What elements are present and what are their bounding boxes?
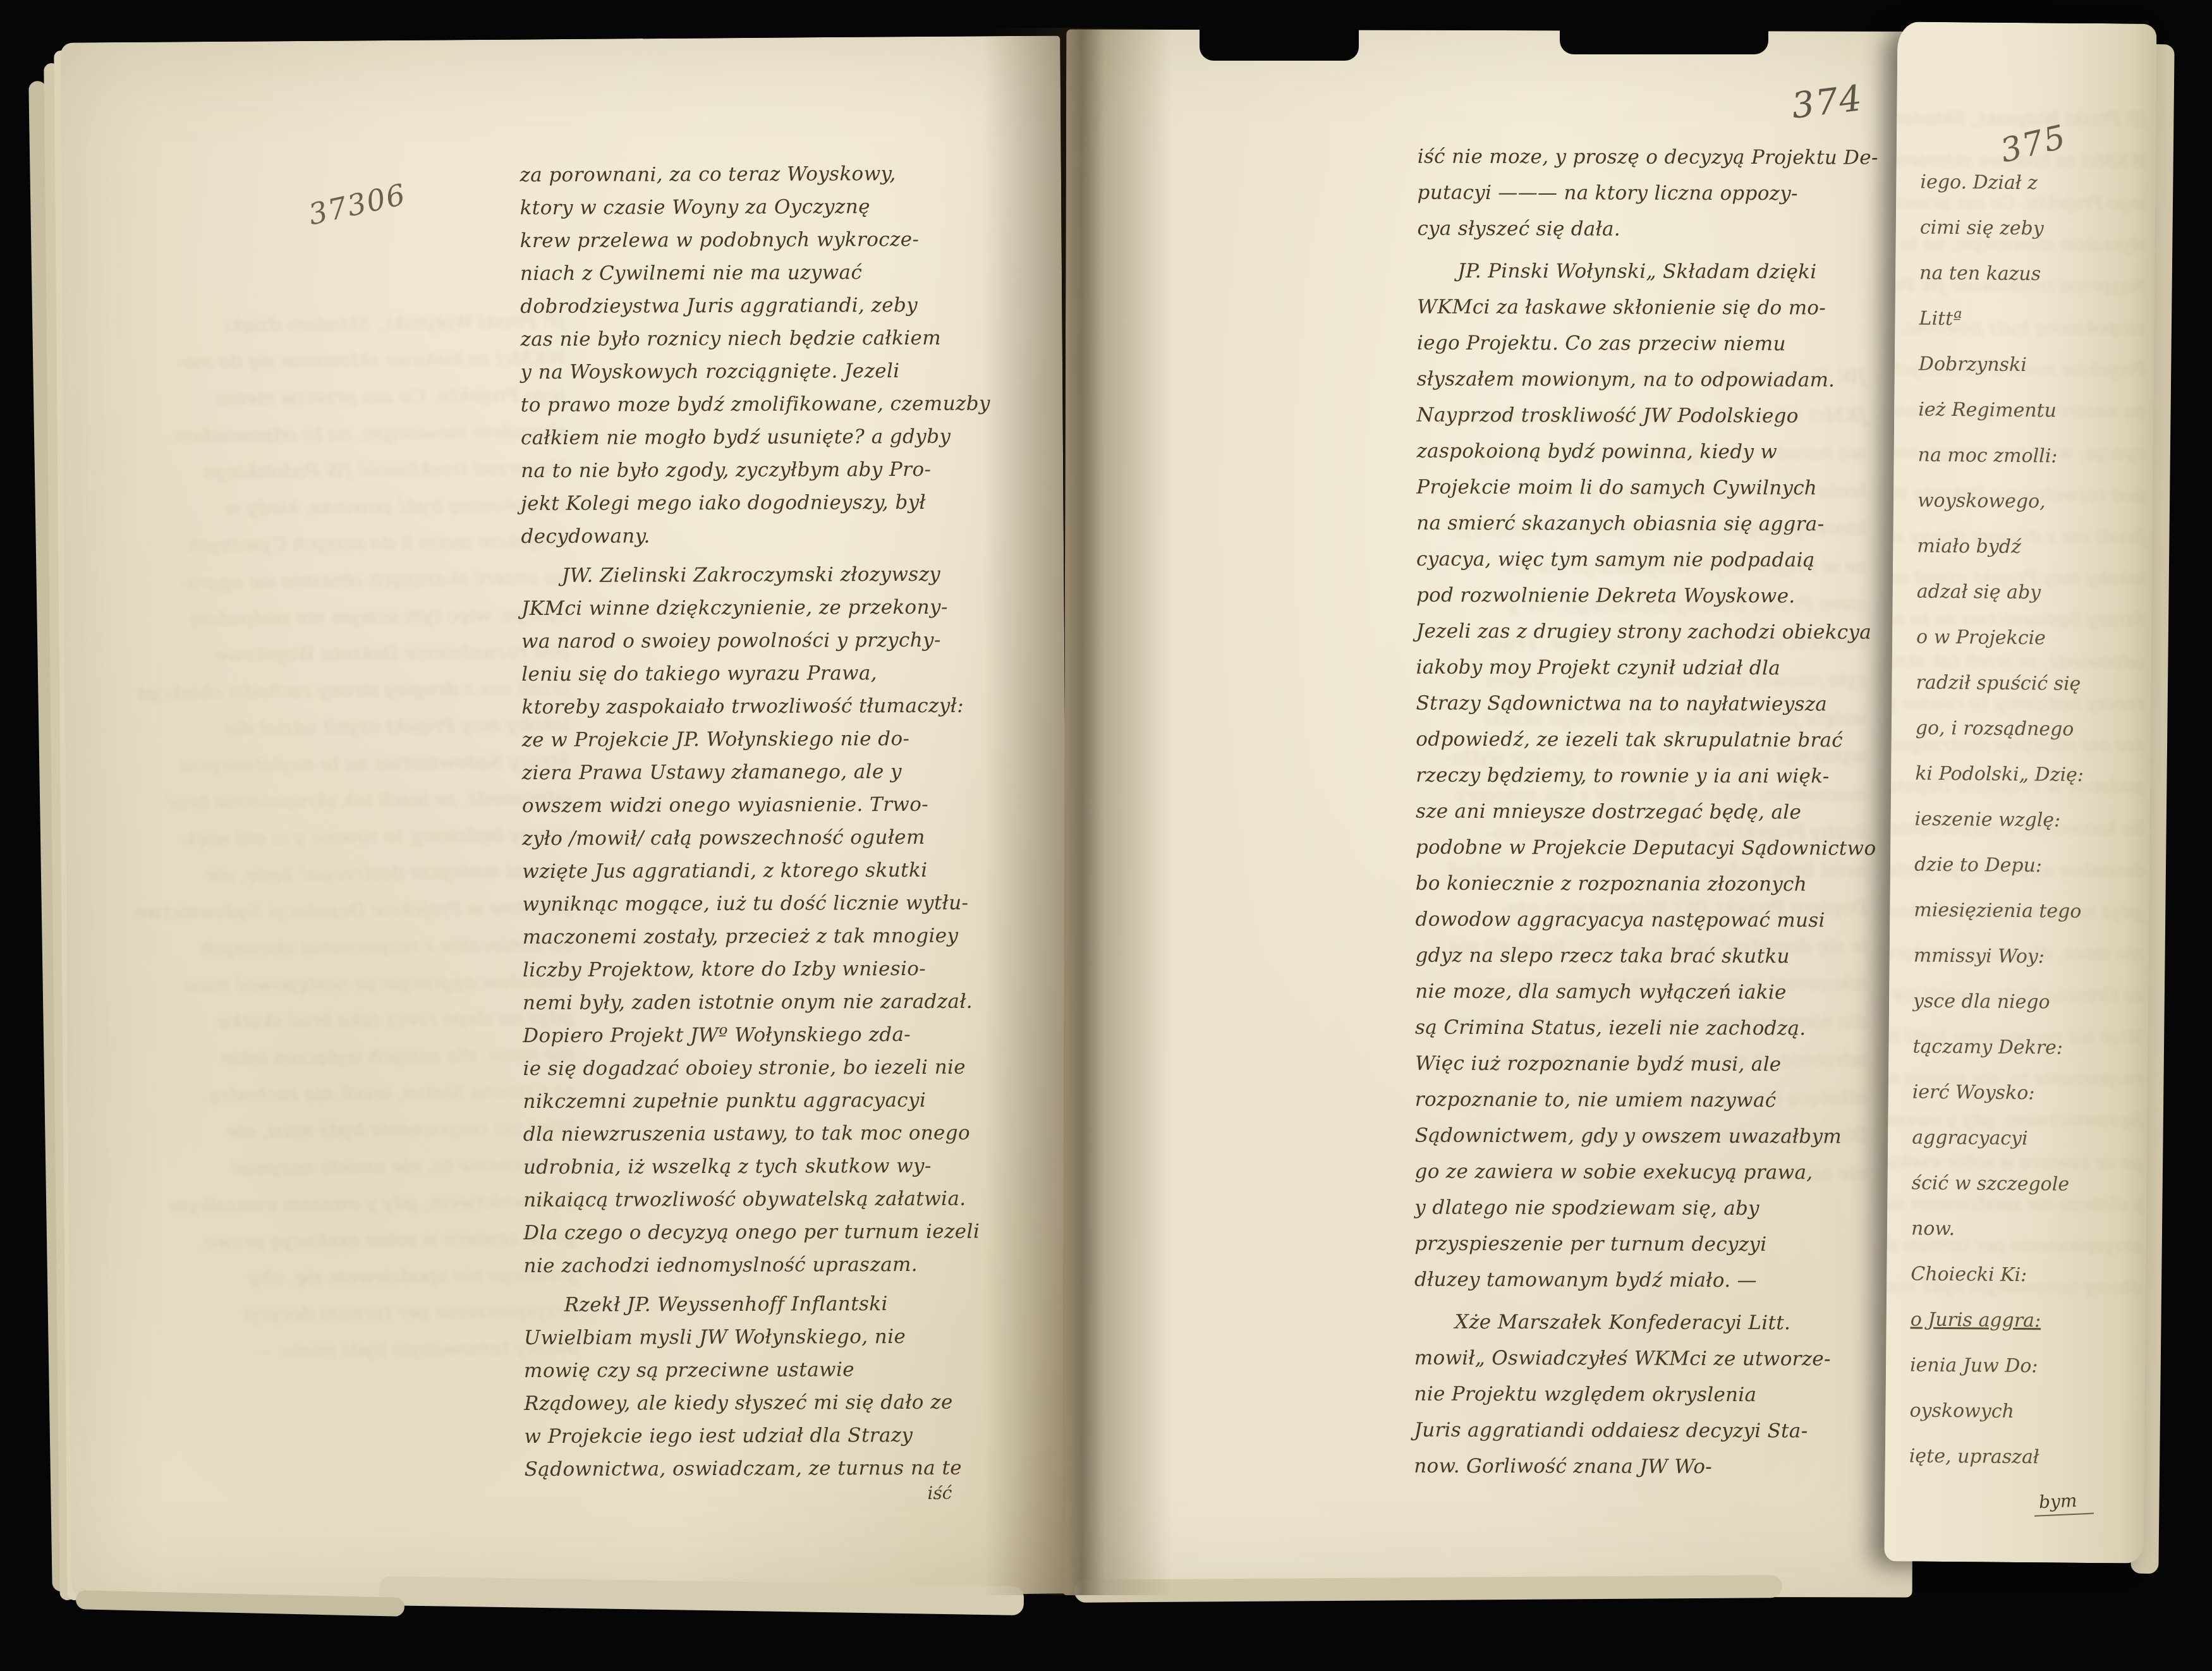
archival-foliation-number: 37306 xyxy=(305,177,409,231)
handwritten-line: JW. Zielinski Zakroczymski złozywszy xyxy=(521,557,1021,592)
handwritten-line: niach z Cywilnemi nie ma uzywać xyxy=(520,255,1019,290)
handwritten-line: nemi były, zaden istotnie onym nie zarad… xyxy=(523,985,1022,1019)
handwritten-line: pod rozwolnienie Dekreta Woyskowe. xyxy=(88,633,569,676)
paragraph: JW. Zielinski Zakroczymski złozywszyJKMc… xyxy=(521,557,1023,1282)
handwritten-line: JKMci winne dziękczynienie, ze przekony- xyxy=(521,590,1021,625)
handwritten-line: iść nie moze, y proszę o decyzyą Projekt… xyxy=(1418,139,1917,176)
handwritten-line: Dopiero Projekt JWº Wołynskiego zda- xyxy=(523,1018,1022,1052)
handwritten-line: dłuzey tamowanym bydź miało. — xyxy=(1414,1262,1916,1299)
handwritten-line: Więc iuż rozpoznanie bydź musi, ale xyxy=(95,1110,576,1152)
handwritten-line: w Projekcie iego iest udział dla Strazy xyxy=(524,1418,1023,1453)
handwritten-line: wa narod o swoiey powolności y przychy- xyxy=(521,623,1021,658)
handwritten-line: tączamy Dekre: xyxy=(1912,1024,2141,1072)
handwritten-line: krew przelewa w podobnych wykrocze- xyxy=(520,222,1019,257)
handwritten-line: ysce dla niego xyxy=(1913,979,2141,1026)
handwritten-line: oyskowych xyxy=(1909,1388,2137,1436)
handwritten-line: ktoreby zaspokaiało trwozliwość tłumaczy… xyxy=(521,689,1021,724)
handwritten-line: Dobrzynski xyxy=(1919,342,2147,389)
handwritten-line: iakoby moy Projekt czynił udział dla xyxy=(1416,650,1917,687)
handwritten-line: Uwielbiam mysli JW Wołynskiego, nie xyxy=(524,1320,1023,1354)
handwritten-line: WKMci za łaskawe skłonienie się do mo- xyxy=(85,340,566,382)
handwritten-line: now. Gorliwość znana JW Wo- xyxy=(1414,1449,1916,1486)
handwritten-line: cimi się zeby xyxy=(1919,205,2148,253)
handwritten-line: Sądownictwem, gdy y owszem uwazałbym xyxy=(1415,1118,1917,1155)
handwritten-line: bo koniecznie z rozpoznania złozonych xyxy=(1416,866,1917,903)
handwritten-line: za porownani, za co teraz Woyskowy, xyxy=(520,157,1019,191)
handwritten-line: Strazy Sądownictwa na to nayłatwieysza xyxy=(1416,686,1916,723)
handwritten-line: zyło /mowił/ całą powszechność ogułem xyxy=(522,820,1021,855)
handwritten-line: ięte, upraszał xyxy=(1909,1434,2137,1481)
next-leaf-text-fragments: iego. Dział zcimi się zebyna ten kazusLi… xyxy=(1909,160,2148,1481)
handwritten-line: go, i rozsądnego xyxy=(1916,706,2144,753)
handwritten-line: ścić w szczegole xyxy=(1911,1161,2139,1208)
handwritten-line: now. xyxy=(1911,1206,2139,1254)
handwritten-line: rozpoznanie to, nie umiem nazywać xyxy=(95,1146,576,1189)
right-page: JW. Zielinski Zakroczymski złozywszyJKMc… xyxy=(1062,29,1916,1598)
handwritten-line: miało bydź xyxy=(1917,524,2145,571)
handwritten-line: dzie to Depu: xyxy=(1914,842,2142,890)
handwritten-line: liczby Projektow, ktore do Izby wniesio- xyxy=(523,952,1022,987)
handwritten-line: putacyi ——— na ktory liczna oppozy- xyxy=(1417,175,1916,212)
handwritten-line: y dlatego nie spodziewam się, aby xyxy=(96,1256,577,1299)
handwritten-line: zaspokoioną bydź powinna, kiedy w xyxy=(1416,434,1916,471)
handwritten-line: ieszenie wzglę: xyxy=(1914,797,2142,844)
handwritten-line: bo koniecznie z rozpoznania złozonych xyxy=(92,927,573,969)
handwritten-line: dowodow aggracyacya następować musi xyxy=(1415,902,1916,939)
handwritten-line: mowię czy są przeciwne ustawie xyxy=(524,1352,1023,1387)
handwritten-line: rzeczy będziemy, to rownie y ia ani więk… xyxy=(1416,758,1916,795)
handwritten-line: na ten kazus xyxy=(1919,251,2148,298)
handwritten-line: jekt Kolegi mego iako dogodnieyszy, był xyxy=(521,485,1020,520)
handwritten-line: sze ani mnieysze dostrzegać będę, ale xyxy=(92,853,573,896)
background-gap xyxy=(1200,0,1359,61)
handwritten-line: na moc zmolli: xyxy=(1917,433,2146,480)
handwritten-line: nie moze, dla samych wyłączeń iakie xyxy=(1415,974,1916,1011)
handwritten-line: WKMci za łaskawe skłonienie się do mo- xyxy=(1417,289,1916,327)
handwritten-line: Nayprzod troskliwość JW Podolskiego xyxy=(1417,398,1917,435)
handwritten-line: nikczemni zupełnie punktu aggracyacyi xyxy=(523,1083,1022,1118)
handwritten-line: Rządowey, ale kiedy słyszeć mi się dało … xyxy=(524,1385,1023,1420)
handwritten-line: iakoby moy Projekt czynił udział dla xyxy=(90,707,571,749)
next-leaf-page: JP. Pinski Wołynski„ Składam dziękiWKMci… xyxy=(1884,21,2156,1563)
handwritten-line: Strazy Sądownictwa na to nayłatwieysza xyxy=(90,743,571,786)
handwritten-line: sze ani mnieysze dostrzegać będę, ale xyxy=(1416,794,1916,831)
left-page: JP. Pinski Wołynski„ Składam dziękiWKMci… xyxy=(60,36,1071,1601)
handwritten-line: Sądownictwa, oswiadczam, ze turnus na te xyxy=(525,1451,1024,1486)
handwritten-line: zaspokoioną bydź powinna, kiedy w xyxy=(87,487,568,529)
handwritten-line: go ze zawiera w sobie exekucyą prawa, xyxy=(96,1220,577,1262)
paragraph: iść nie moze, y proszę o decyzyą Projekt… xyxy=(1417,139,1916,248)
handwritten-line: ktory w czasie Woyny za Oyczyznę xyxy=(520,190,1019,224)
handwritten-line: cyacya, więc tym samym nie podpadaią xyxy=(1416,542,1916,579)
handwritten-line: podobne w Projekcie Deputacyi Sądownictw… xyxy=(1416,830,1916,867)
catchword: iść xyxy=(927,1483,952,1504)
handwritten-line: owszem widzi onego wyiasnienie. Trwo- xyxy=(522,787,1021,822)
handwritten-line: ie się dogadzać oboiey stronie, bo iezel… xyxy=(523,1050,1022,1085)
handwritten-line: na smierć skazanych obiasnia się aggra- xyxy=(1416,506,1916,543)
handwritten-line: Więc iuż rozpoznanie bydź musi, ale xyxy=(1415,1046,1916,1083)
bottom-page-edges xyxy=(1074,1575,1782,1603)
handwritten-line: maczonemi zostały, przecież z tak mnogie… xyxy=(523,919,1022,954)
handwritten-line: nikaiącą trwozliwość obywatelską załatwi… xyxy=(523,1182,1023,1217)
handwritten-line: y dlatego nie spodziewam się, aby xyxy=(1414,1190,1916,1227)
handwritten-line: ze w Projekcie JP. Wołynskiego nie do- xyxy=(522,722,1021,757)
handwritten-line: ziera Prawa Ustawy złamanego, ale y xyxy=(522,755,1021,789)
handwritten-line: Projekcie moim li do samych Cywilnych xyxy=(87,523,568,566)
handwritten-line: udrobnia, iż wszelką z tych skutkow wy- xyxy=(523,1149,1023,1184)
handwritten-line: na to nie było zgody, zyczyłbym aby Pro- xyxy=(521,453,1020,487)
handwritten-line: słyszałem mowionym, na to odpowiadam. xyxy=(1417,362,1917,399)
page-number: 374 xyxy=(1789,78,1865,127)
handwritten-line: adzał się aby xyxy=(1916,569,2144,617)
handwritten-line: ież Regimentu xyxy=(1918,387,2146,435)
verso-bleed-through: JP. Pinski Wołynski„ Składam dziękiWKMci… xyxy=(85,303,578,1372)
handwritten-line: Sądownictwem, gdy y owszem uwazałbym xyxy=(95,1183,576,1225)
handwritten-line: słyszałem mowionym, na to odpowiadam. xyxy=(86,413,567,456)
handwritten-line: rozpoznanie to, nie umiem nazywać xyxy=(1415,1082,1917,1119)
handwritten-line: są Crimina Status, iezeli nie zachodzą. xyxy=(1415,1010,1916,1047)
paragraph: Rzekł JP. Weyssenhoff InflantskiUwielbia… xyxy=(524,1287,1024,1486)
handwritten-line: mowił„ Oswiadczyłeś WKMci ze utworze- xyxy=(1414,1340,1917,1378)
manuscript-photo: JP. Pinski Wołynski„ Składam dziękiWKMci… xyxy=(0,0,2212,1671)
paragraph: JP. Pinski Wołynski„ Składam dziękiWKMci… xyxy=(1414,253,1916,1299)
handwritten-line: odpowiedź, ze iezeli tak skrupulatnie br… xyxy=(90,780,571,822)
handwritten-line: całkiem nie mogło bydź usunięte? a gdyby xyxy=(521,420,1020,454)
handwritten-line: JP. Pinski Wołynski„ Składam dzięki xyxy=(85,303,566,346)
handwritten-line: nie zachodzi iednomyslność upraszam. xyxy=(523,1248,1023,1282)
handwritten-line: ki Podolski„ Dzię: xyxy=(1915,751,2143,799)
handwritten-line: iego Projektu. Co zas przeciw niemu xyxy=(85,377,566,419)
handwritten-line: na smierć skazanych obiasnia się aggra- xyxy=(88,560,569,602)
handwritten-line: go ze zawiera w sobie exekucyą prawa, xyxy=(1414,1154,1916,1191)
handwritten-line: gdyz na slepo rzecz taka brać skutku xyxy=(93,1000,574,1042)
handwritten-line: dłuzey tamowanym bydź miało. — xyxy=(97,1330,578,1372)
paragraph: za porownani, za co teraz Woyskowy,ktory… xyxy=(520,157,1020,553)
handwritten-line: Xże Marszałek Konfederacyi Litt. xyxy=(1414,1304,1916,1342)
handwritten-line: y na Woyskowych rozciągnięte. Jezeli xyxy=(520,354,1019,389)
handwritten-line: przyspieszenie per turnum decyzyi xyxy=(97,1293,578,1335)
handwritten-line: podobne w Projekcie Deputacyi Sądownictw… xyxy=(92,890,573,932)
handwritten-line: dla niewzruszenia ustawy, to tak moc one… xyxy=(523,1116,1023,1151)
handwritten-line: przyspieszenie per turnum decyzyi xyxy=(1414,1226,1916,1263)
handwritten-line: Rzekł JP. Weyssenhoff Inflantski xyxy=(524,1287,1023,1322)
handwritten-line: Juris aggratiandi oddaiesz decyzyi Sta- xyxy=(1414,1413,1916,1450)
handwritten-line: woyskowego, xyxy=(1917,478,2146,526)
handwritten-line: są Crimina Status, iezeli nie zachodzą. xyxy=(94,1073,575,1115)
paragraph: Xże Marszałek Konfederacyi Litt.mowił„ O… xyxy=(1414,1304,1916,1486)
handwritten-line: Nayprzod troskliwość JW Podolskiego xyxy=(87,450,568,492)
handwritten-line: o w Projekcie xyxy=(1916,615,2144,662)
handwritten-line: cya słyszeć się dała. xyxy=(1417,211,1916,248)
handwritten-line: miesięzienia tego xyxy=(1914,888,2142,935)
handwritten-line: zas nie było roznicy niech będzie całkie… xyxy=(520,321,1019,356)
handwritten-line: Projekcie moim li do samych Cywilnych xyxy=(1416,470,1916,507)
handwritten-line: Jezeli zas z drugiey strony zachodzi obi… xyxy=(89,670,570,712)
handwritten-line: dowodow aggracyacya następować musi xyxy=(93,963,574,1006)
left-page-text: za porownani, za co teraz Woyskowy,ktory… xyxy=(520,157,1023,1486)
handwritten-line: Choiecki Ki: xyxy=(1911,1252,2139,1299)
handwritten-line: iego. Dział z xyxy=(1920,160,2148,207)
background-gap xyxy=(1560,0,1768,54)
handwritten-line: ierć Woysko: xyxy=(1912,1070,2141,1117)
handwritten-line: rzeczy będziemy, to rownie y ia ani więk… xyxy=(91,817,572,859)
handwritten-line: dobrodzieystwa Juris aggratiandi, zeby xyxy=(520,288,1019,323)
handwritten-line: mmissyi Woy: xyxy=(1913,933,2141,981)
right-page-text: iść nie moze, y proszę o decyzyą Projekt… xyxy=(1414,139,1916,1486)
handwritten-line: leniu się do takiego wyrazu Prawa, xyxy=(521,656,1021,691)
handwritten-line: ienia Juw Do: xyxy=(1910,1343,2138,1390)
handwritten-line: Jezeli zas z drugiey strony zachodzi obi… xyxy=(1416,614,1917,651)
handwritten-line: Littª xyxy=(1919,296,2147,344)
handwritten-line: Dla czego o decyzyą onego per turnum iez… xyxy=(523,1215,1023,1249)
handwritten-line: wzięte Jus aggratiandi, z ktorego skutki xyxy=(522,853,1021,888)
handwritten-line: o Juris aggra: xyxy=(1910,1297,2138,1345)
handwritten-line: cyacya, więc tym samym nie podpadaią xyxy=(88,597,569,639)
handwritten-line: decydowany. xyxy=(521,518,1020,553)
handwritten-line: pod rozwolnienie Dekreta Woyskowe. xyxy=(1416,578,1916,615)
catchword: bym xyxy=(2033,1490,2094,1517)
handwritten-line: to prawo moze bydź zmolifikowane, czemuz… xyxy=(521,387,1020,422)
handwritten-line: aggracyacyi xyxy=(1912,1115,2140,1163)
handwritten-line: nie Projektu względem okryslenia xyxy=(1414,1376,1917,1414)
handwritten-line: iego Projektu. Co zas przeciw niemu xyxy=(1417,325,1916,363)
handwritten-line: odpowiedź, ze iezeli tak skrupulatnie br… xyxy=(1416,722,1916,759)
handwritten-line: JP. Pinski Wołynski„ Składam dzięki xyxy=(1417,253,1916,291)
handwritten-line: nie moze, dla samych wyłączeń iakie xyxy=(94,1036,574,1079)
handwritten-line: gdyz na slepo rzecz taka brać skutku xyxy=(1415,938,1916,975)
handwritten-line: radził spuścić się xyxy=(1916,660,2144,708)
handwritten-line: wyniknąc mogące, iuż tu dość licznie wyt… xyxy=(522,886,1021,921)
